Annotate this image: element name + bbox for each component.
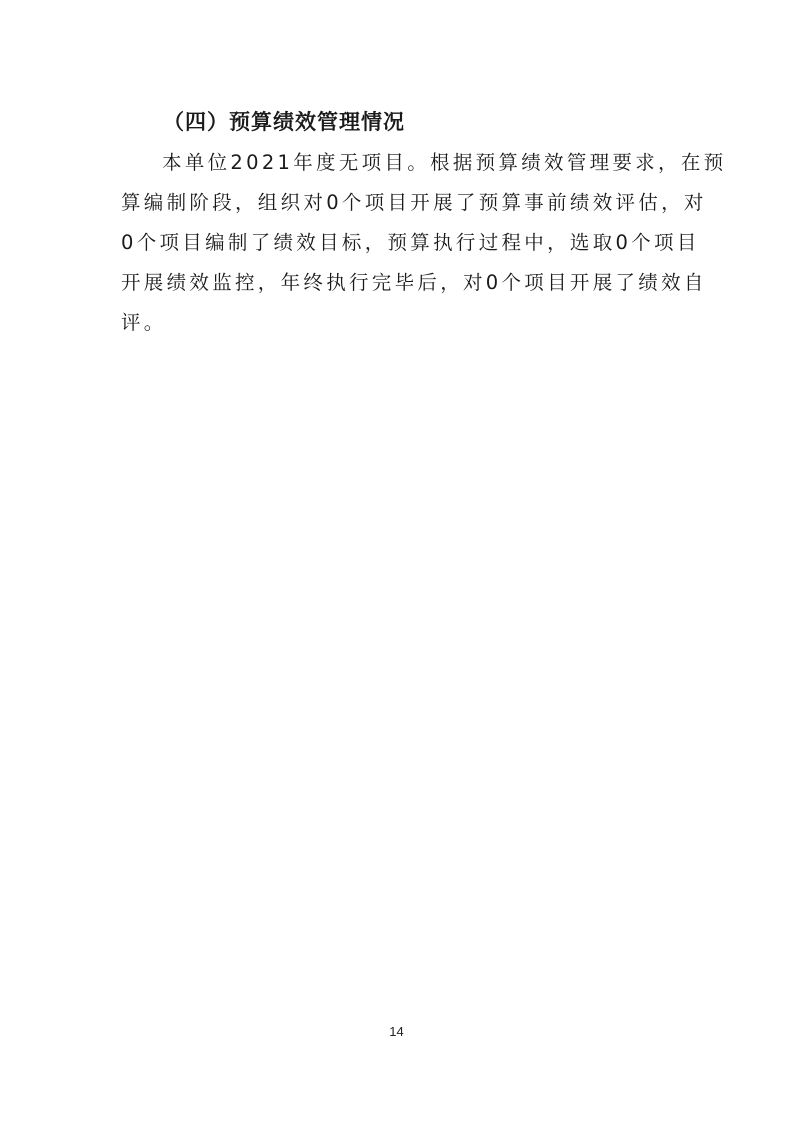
paragraph-line: 开展绩效监控，年终执行完毕后，对0个项目开展了绩效自 — [121, 263, 677, 303]
page-number: 14 — [0, 1024, 793, 1039]
body-paragraph: 本单位2021年度无项目。根据预算绩效管理要求，在预 算编制阶段，组织对0个项目… — [121, 143, 677, 343]
section-heading: （四）预算绩效管理情况 — [163, 106, 405, 136]
paragraph-line: 0个项目编制了绩效目标，预算执行过程中，选取0个项目 — [121, 223, 677, 263]
paragraph-line: 算编制阶段，组织对0个项目开展了预算事前绩效评估，对 — [121, 183, 677, 223]
paragraph-line: 评。 — [121, 303, 677, 343]
paragraph-line: 本单位2021年度无项目。根据预算绩效管理要求，在预 — [121, 143, 677, 183]
